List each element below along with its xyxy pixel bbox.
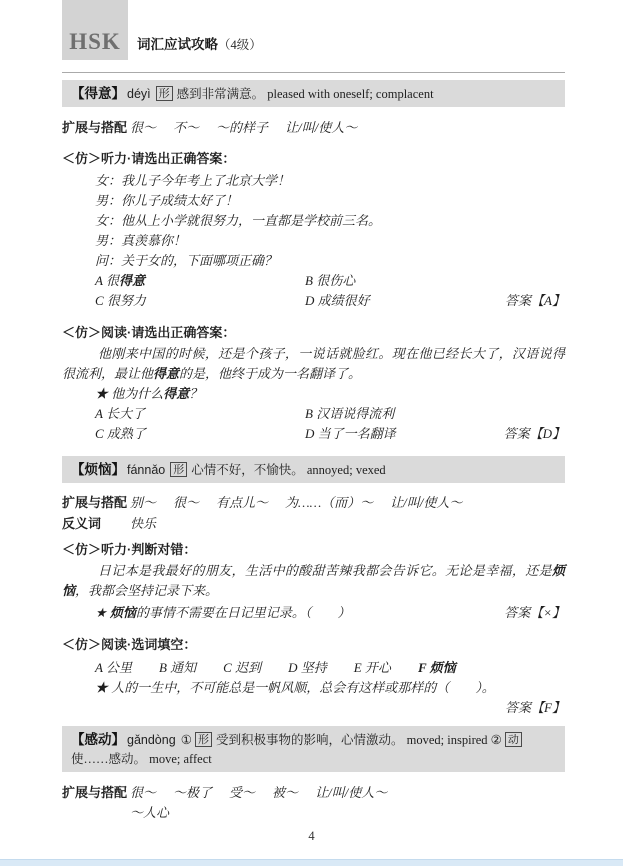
collocation-item: 让/叫/使人～ bbox=[315, 783, 387, 802]
answer-badge: 答案【A】 bbox=[505, 291, 565, 311]
pinyin: fánnǎo bbox=[127, 463, 165, 477]
header-divider bbox=[62, 72, 565, 73]
headword: 【得意】 bbox=[71, 86, 125, 101]
dialog-block: 女：我儿子今年考上了北京大学！ 男：你儿子成绩太好了！ 女：他从上小学就很努力，… bbox=[95, 171, 565, 271]
collocation-item: ～极了 bbox=[173, 783, 212, 802]
true-false-statement: ★ 烦恼的事情不需要在日记里记录。（ ） bbox=[95, 603, 350, 623]
collocation-items: 很～ 不～ ～的样子 让/叫/使人～ bbox=[130, 118, 357, 137]
headword: 【烦恼】 bbox=[71, 462, 125, 477]
bottom-strip bbox=[0, 859, 623, 866]
pos-tag: 形 bbox=[170, 462, 187, 477]
hsk-logo-text: HSK bbox=[69, 29, 121, 55]
collocation-label: 扩展与搭配 bbox=[62, 118, 130, 137]
options-row: C 很努力 D 成绩很好 答案【A】 bbox=[95, 291, 565, 311]
sense-number: ② bbox=[491, 733, 502, 747]
dialog-line: 男：你儿子成绩太好了！ bbox=[95, 191, 565, 211]
sense-number: ① bbox=[181, 733, 192, 747]
option-b: B 汉语说得流利 bbox=[305, 404, 394, 424]
dialog-line: 女：我儿子今年考上了北京大学！ bbox=[95, 171, 565, 191]
collocation-item: 让/叫/使人～ bbox=[285, 118, 357, 137]
word-options-row: A 公里 B 通知 C 迟到 D 坚持 E 开心 F 烦恼 bbox=[95, 658, 565, 678]
antonym-label: 反义词 bbox=[62, 514, 130, 533]
option-b: B 很伤心 bbox=[305, 271, 355, 291]
pos-tag: 形 bbox=[156, 86, 173, 101]
collocation-item: 很～ bbox=[130, 783, 156, 802]
collocation-item: 受～ bbox=[229, 783, 255, 802]
definition: 感到非常满意。 bbox=[177, 87, 265, 101]
definition: 使……感动。 bbox=[71, 752, 146, 766]
book-page: HSK 词汇应试攻略（4级） 【得意】déyì形感到非常满意。 pleased … bbox=[0, 0, 623, 866]
page-number: 4 bbox=[0, 829, 623, 844]
option-c: C 很努力 bbox=[95, 291, 305, 311]
collocation-items: 很～ ～极了 受～ 被～ 让/叫/使人～ ～人心 bbox=[130, 783, 387, 822]
option-a: A 很得意 bbox=[95, 271, 305, 291]
pos-tag: 形 bbox=[195, 732, 212, 747]
collocation-item: 被～ bbox=[272, 783, 298, 802]
collocation-item: 为……（而）～ bbox=[285, 493, 373, 512]
word-option: A 公里 bbox=[95, 658, 132, 678]
statement-keyword: 烦恼 bbox=[110, 605, 136, 620]
reading-passage: 他刚来中国的时候，还是个孩子，一说话就脸红。现在他已经长大了，汉语说得很流利，最… bbox=[62, 344, 565, 384]
section-heading-reading: ＜仿＞阅读·选词填空： bbox=[62, 636, 565, 654]
answer-badge: 答案【F】 bbox=[505, 698, 565, 718]
word-option: C 迟到 bbox=[223, 658, 261, 678]
collocation-item: 很～ bbox=[173, 493, 199, 512]
collocation-item: ～人心 bbox=[130, 803, 169, 822]
collocation-item: 不～ bbox=[173, 118, 199, 137]
word-option: E 开心 bbox=[354, 658, 391, 678]
option-a-bold: 得意 bbox=[119, 273, 145, 288]
english-gloss: pleased with oneself; complacent bbox=[267, 87, 433, 101]
antonym-row: 反义词 快乐 bbox=[62, 514, 565, 533]
entry-headword-bar: 【得意】déyì形感到非常满意。 pleased with oneself; c… bbox=[62, 80, 565, 107]
question-keyword: 得意 bbox=[163, 386, 189, 401]
book-title-level: （4级） bbox=[218, 38, 262, 52]
answer-line: 答案【F】 bbox=[62, 698, 565, 718]
english-gloss: move; affect bbox=[149, 752, 212, 766]
section-heading-listening: ＜仿＞听力·请选出正确答案： bbox=[62, 150, 565, 168]
dialog-line: 问：关于女的，下面哪项正确？ bbox=[95, 251, 565, 271]
star-question: ★ 人的一生中，不可能总是一帆风顺，总会有这样或那样的（ ）。 bbox=[95, 678, 565, 698]
english-gloss: moved; inspired bbox=[407, 733, 488, 747]
section-heading-reading: ＜仿＞阅读·请选出正确答案： bbox=[62, 324, 565, 342]
options-row: A 长大了 B 汉语说得流利 bbox=[95, 404, 565, 424]
collocation-item: 有点儿～ bbox=[216, 493, 268, 512]
listening-passage: 日记本是我最好的朋友，生活中的酸甜苦辣我都会告诉它。无论是幸福，还是烦恼，我都会… bbox=[62, 561, 565, 601]
collocation-row: 扩展与搭配 很～ 不～ ～的样子 让/叫/使人～ bbox=[62, 118, 565, 137]
collocation-item: 很～ bbox=[130, 118, 156, 137]
headword: 【感动】 bbox=[71, 732, 125, 747]
page-header: HSK 词汇应试攻略（4级） bbox=[0, 0, 623, 60]
entry-headword-bar: 【感动】gǎndòng ①形受到积极事物的影响，心情激动。 moved; ins… bbox=[62, 726, 565, 772]
option-d: D 成绩很好 bbox=[305, 291, 370, 311]
collocation-row: 扩展与搭配 别～ 很～ 有点儿～ 为……（而）～ 让/叫/使人～ bbox=[62, 493, 565, 512]
hsk-logo: HSK bbox=[62, 0, 128, 60]
options-row: A 很得意 B 很伤心 bbox=[95, 271, 565, 291]
collocation-item: 别～ bbox=[130, 493, 156, 512]
book-title-main: 词汇应试攻略 bbox=[137, 37, 218, 52]
dialog-line: 女：他从上小学就很努力，一直都是学校前三名。 bbox=[95, 211, 565, 231]
collocation-item: 让/叫/使人～ bbox=[390, 493, 462, 512]
star-question: ★ 他为什么得意？ bbox=[95, 384, 565, 404]
word-option: D 坚持 bbox=[288, 658, 327, 678]
definition: 心情不好，不愉快。 bbox=[191, 463, 304, 477]
answer-badge: 答案【×】 bbox=[504, 603, 565, 623]
option-c: C 成熟了 bbox=[95, 424, 305, 444]
option-a: A 长大了 bbox=[95, 404, 305, 424]
options-row: C 成熟了 D 当了一名翻译 答案【D】 bbox=[95, 424, 565, 444]
book-title: 词汇应试攻略（4级） bbox=[137, 33, 262, 60]
collocation-row: 扩展与搭配 很～ ～极了 受～ 被～ 让/叫/使人～ ～人心 bbox=[62, 783, 565, 822]
dialog-line: 男：真羡慕你！ bbox=[95, 231, 565, 251]
pos-tag: 动 bbox=[505, 732, 522, 747]
entry-headword-bar: 【烦恼】fánnǎo形心情不好，不愉快。 annoyed; vexed bbox=[62, 456, 565, 483]
definition: 受到积极事物的影响，心情激动。 bbox=[216, 733, 404, 747]
collocation-label: 扩展与搭配 bbox=[62, 493, 130, 512]
english-gloss: annoyed; vexed bbox=[307, 463, 386, 477]
answer-badge: 答案【D】 bbox=[504, 424, 565, 444]
pinyin: gǎndòng bbox=[127, 733, 176, 747]
section-heading-listening: ＜仿＞听力·判断对错： bbox=[62, 541, 565, 559]
word-option: B 通知 bbox=[159, 658, 196, 678]
collocation-label: 扩展与搭配 bbox=[62, 783, 130, 822]
antonym-value: 快乐 bbox=[130, 514, 156, 533]
word-option-answer: F 烦恼 bbox=[418, 658, 456, 678]
true-false-row: ★ 烦恼的事情不需要在日记里记录。（ ） 答案【×】 bbox=[95, 603, 565, 623]
passage-keyword: 得意 bbox=[153, 366, 179, 381]
option-d: D 当了一名翻译 bbox=[305, 424, 396, 444]
pinyin: déyì bbox=[127, 87, 151, 101]
collocation-items: 别～ 很～ 有点儿～ 为……（而）～ 让/叫/使人～ bbox=[130, 493, 462, 512]
collocation-item: ～的样子 bbox=[216, 118, 268, 137]
